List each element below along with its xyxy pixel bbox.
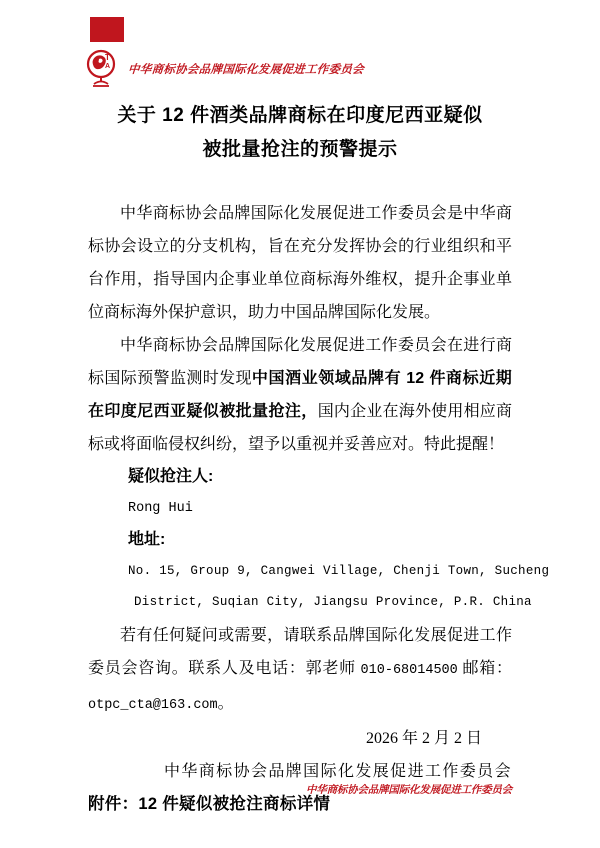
document-content: T A 中华商标协会品牌国际化发展促进工作委员会 关于 12 件酒类品牌商标在印… (0, 17, 600, 821)
squatter-info-block: 疑似抢注人: Rong Hui 地址: No. 15, Group 9, Can… (128, 461, 512, 619)
warning-paragraph: 中华商标协会品牌国际化发展促进工作委员会在进行商标国际预警监测时发现中国酒业领域… (88, 329, 512, 461)
cta-globe-logo-icon: T A (85, 48, 121, 90)
contact-mail-label: 邮箱： (463, 660, 512, 677)
intro-paragraph: 中华商标协会品牌国际化发展促进工作委员会是中华商标协会设立的分支机构，旨在充分发… (88, 197, 512, 329)
footer-watermark-org: 中华商标协会品牌国际化发展促进工作委员会 (306, 782, 512, 797)
address-line-1: No. 15, Group 9, Cangwei Village, Chenji… (128, 556, 512, 588)
contact-paragraph: 若有任何疑问或需要，请联系品牌国际化发展促进工作委员会咨询。联系人及电话：郭老师… (88, 619, 512, 722)
contact-phone: 010-68014500 (361, 663, 458, 678)
squatter-name: Rong Hui (128, 493, 512, 525)
document-body: 中华商标协会品牌国际化发展促进工作委员会是中华商标协会设立的分支机构，旨在充分发… (88, 197, 512, 821)
address-label: 地址: (128, 524, 512, 556)
document-title-line2: 被批量抢注的预警提示 (88, 133, 512, 167)
document-date: 2026 年 2 月 2 日 (88, 722, 512, 755)
svg-text:A: A (105, 63, 110, 70)
address-line-2: District, Suqian City, Jiangsu Province,… (134, 587, 512, 619)
svg-text:T: T (105, 53, 110, 62)
document-title: 关于 12 件酒类品牌商标在印度尼西亚疑似 被批量抢注的预警提示 (88, 99, 512, 167)
contact-end-punct: 。 (218, 695, 234, 712)
org-name-text: 中华商标协会品牌国际化发展促进工作委员会 (127, 61, 364, 77)
document-title-line1: 关于 12 件酒类品牌商标在印度尼西亚疑似 (88, 99, 512, 133)
squatter-label: 疑似抢注人: (128, 461, 512, 493)
org-header: T A 中华商标协会品牌国际化发展促进工作委员会 (85, 48, 512, 90)
contact-email: otpc_cta@163.com (88, 698, 218, 713)
document-page: T A 中华商标协会品牌国际化发展促进工作委员会 关于 12 件酒类品牌商标在印… (0, 0, 600, 848)
red-square-mark (90, 17, 124, 42)
